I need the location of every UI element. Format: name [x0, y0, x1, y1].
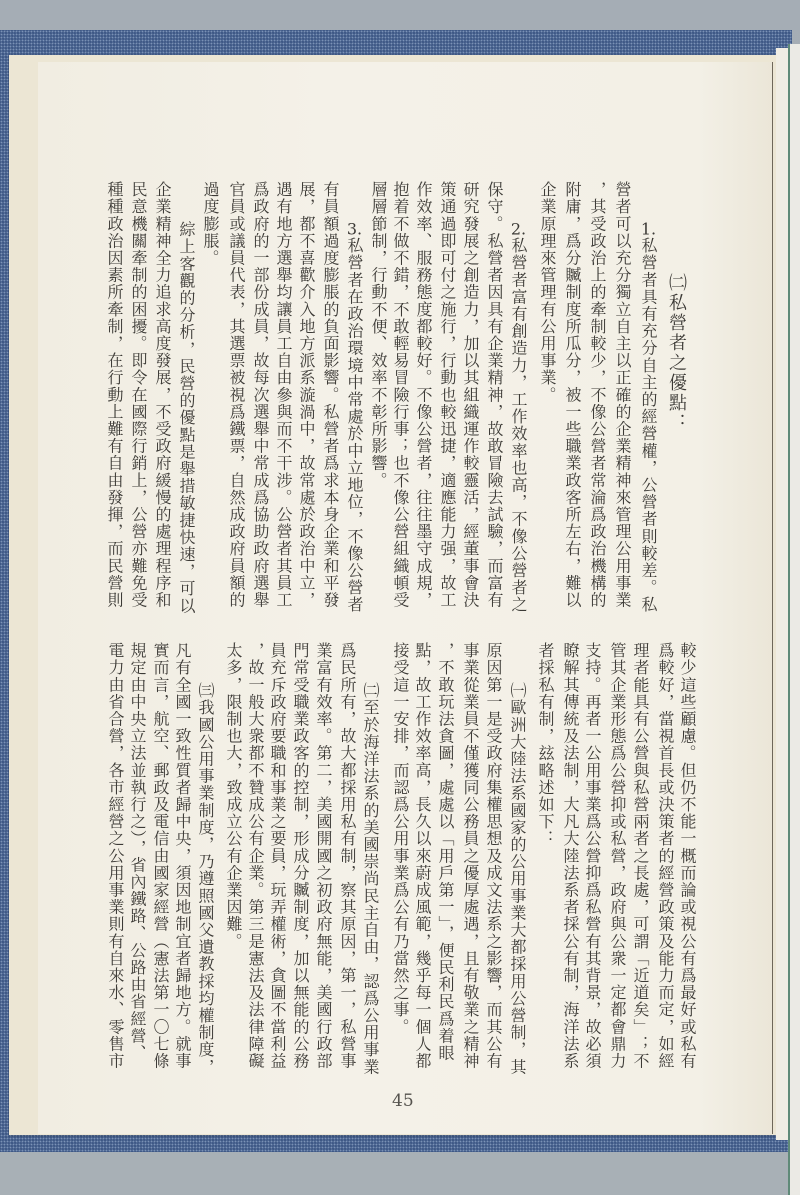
text-column: 凡有全國一致性質者歸中央，須因地制宜者歸地方。就事 — [174, 642, 190, 1070]
text-column: 實而言，航空、郵政及電信由國家經營（憲法第一〇七條 — [152, 642, 168, 1070]
text-column: ㈡至於海洋法系的美國崇尚民主自由，認爲公用事業 — [362, 642, 378, 1075]
text-column: 支持。再者一公用事業爲公營抑爲私營有其背景，故必須 — [584, 642, 600, 1070]
text-column: 員充斥政府要職和事業之要員，玩弄權術，貪圖不當利益 — [269, 642, 285, 1070]
text-column: 點，故工作效率高，長久以來蔚成風範，幾乎每一個人都 — [414, 642, 430, 1070]
text-column: 爲民所有，故大都採用私有制，察其原因，第一，私營事 — [339, 642, 355, 1070]
text-column: 理者能具有公營與私營兩者之長處，可謂「近道矣」；不 — [632, 642, 648, 1070]
text-column: 門常受職業政客的控制，形成分贓制度，加以無能的公務 — [292, 642, 308, 1070]
text-column: 爲較好，當視首長或決策者的經營政策及能力而定，如經 — [657, 642, 673, 1070]
text-column: 業富有效率。第二，美國開國之初政府無能，美國行政部 — [315, 642, 331, 1070]
text-column: ，故一般大衆都不贊成公有企業。第三是憲法及法律障礙 — [247, 642, 263, 1070]
text-column: ㈠歐洲大陸法系國家的公用事業大都採用公營制，其 — [509, 642, 525, 1075]
text-column: ，不敢玩法貪圖，處處以「用戶第一」，便民利民爲着眼 — [437, 642, 453, 1062]
text-column: 事業從業員不僅獲同公務員之優厚處遇，且有敬業之精神 — [462, 642, 478, 1070]
page-number: 45 — [392, 1091, 414, 1111]
text-column: 瞭解其傳統及法制，大凡大陸法系者採公有制，海洋法系 — [562, 642, 578, 1070]
bottom-section: 較少這些顧慮。但仍不能一概而論或視公有爲最好或私有 爲較好，當視首長或決策者的經… — [0, 0, 800, 1195]
text-column: ㈢我國公用事業制度，乃遵照國父遺教採均權制度， — [197, 642, 213, 1075]
text-column: 原因第一是受政府集權思想及成文法系之影響，而其公有 — [485, 642, 501, 1070]
text-column: 管其企業形態爲公營抑或私營，政府與公衆一定都會鼎力 — [609, 642, 625, 1070]
text-column: 規定由中央立法並執行之），省內鐵路、公路由省經營、 — [129, 642, 145, 1062]
text-column: 接受這一安排，而認爲公用事業爲公有乃當然之事。 — [392, 642, 408, 1035]
text-column: 電力由省合營，各市經營之公用事業則有自來水、零售市 — [107, 642, 123, 1070]
text-column: 較少這些顧慮。但仍不能一概而論或視公有爲最好或私有 — [679, 642, 695, 1070]
text-column: 太多，限制也大，致成立公有企業因難。 — [225, 642, 241, 950]
text-column: 者採私有制，玆略述如下： — [537, 642, 553, 847]
